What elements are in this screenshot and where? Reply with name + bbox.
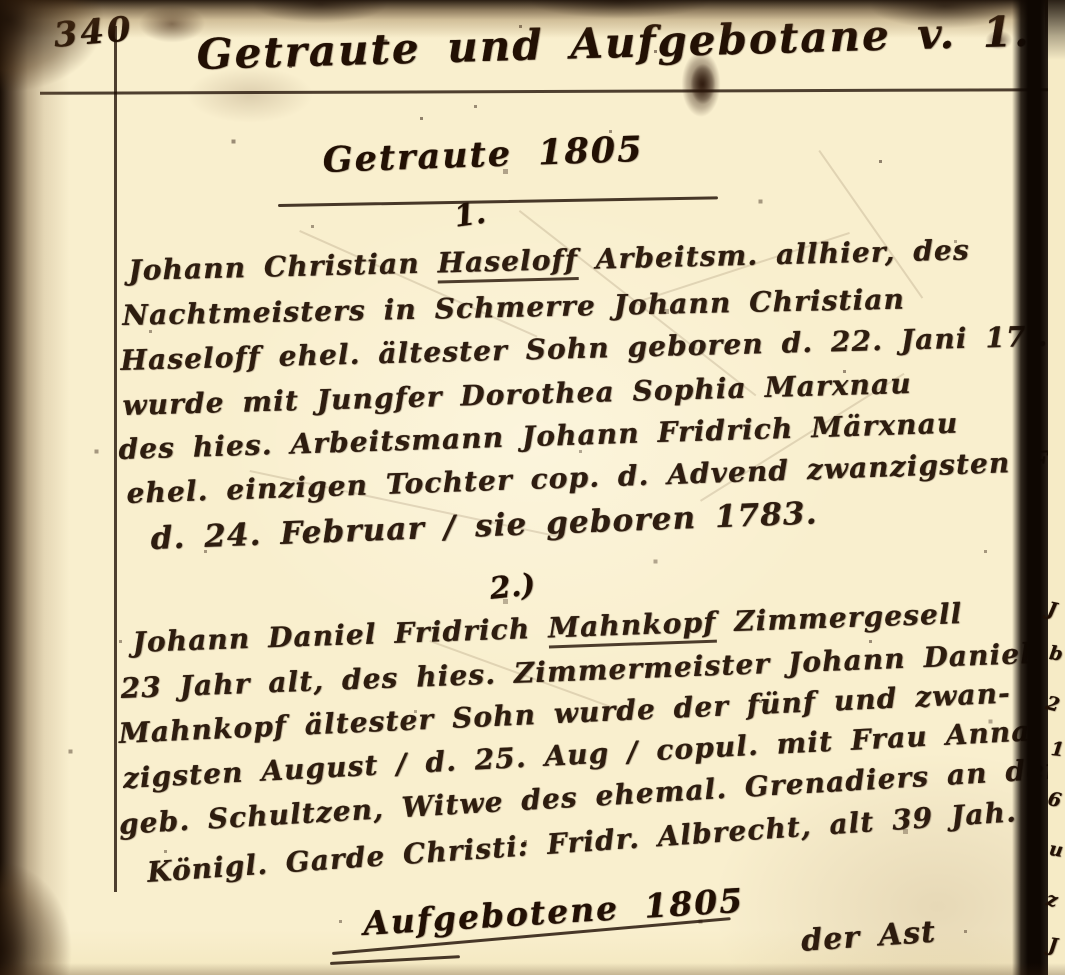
entry-2-groom-post: Zimmergesell <box>716 597 963 639</box>
next-page-text-fragment: b <box>1048 642 1064 666</box>
next-page-sliver: J b 2 1 6 u z J <box>1048 0 1065 975</box>
page-number: 340 <box>52 9 135 56</box>
section-heading-getraute: Getraute 1805 <box>322 129 644 181</box>
entry-1-line-1: Johann Christian Haseloff Arbeitsm. allh… <box>128 233 970 287</box>
horizontal-header-rule <box>40 88 1048 94</box>
manuscript-scan-page: 340 Getraute und Aufgebotane v. 1. Jan 1… <box>0 0 1065 975</box>
aufgebotene-partial-line: der Ast <box>800 915 937 959</box>
entry-2-groom-pre: Johann Daniel Fridrich <box>132 611 549 658</box>
page-header-title: Getraute und Aufgebotane v. 1. Jan 1805 <box>196 0 1065 79</box>
next-page-text-fragment: u <box>1048 838 1065 862</box>
scan-edge-bottom <box>0 963 1065 975</box>
entry-1-number: 1. <box>452 196 488 235</box>
ink-blot-header <box>683 58 723 116</box>
heading-underline-getraute <box>278 196 718 207</box>
vertical-margin-rule <box>114 26 117 892</box>
entry-1-groom-name: Haseloff <box>437 243 578 283</box>
next-page-text-fragment: J <box>1047 934 1059 957</box>
next-page-text-fragment: z <box>1044 888 1059 912</box>
ink-speckles <box>0 0 1 1</box>
entry-2-groom-name: Mahnkopf <box>547 606 717 649</box>
next-page-text-fragment: J <box>1045 598 1058 621</box>
scan-corner-bottom-left <box>0 830 110 975</box>
entry-1-groom-pre: Johann Christian <box>128 246 438 287</box>
next-page-text-fragment: 6 <box>1046 788 1063 812</box>
scan-edge-left <box>0 0 70 975</box>
book-gutter-shadow <box>1012 0 1048 975</box>
entry-2-number: 2.) <box>488 567 537 607</box>
heading-underline-aufgebotene-2 <box>330 955 460 965</box>
entry-1-groom-post: Arbeitsm. allhier, des <box>577 233 970 276</box>
